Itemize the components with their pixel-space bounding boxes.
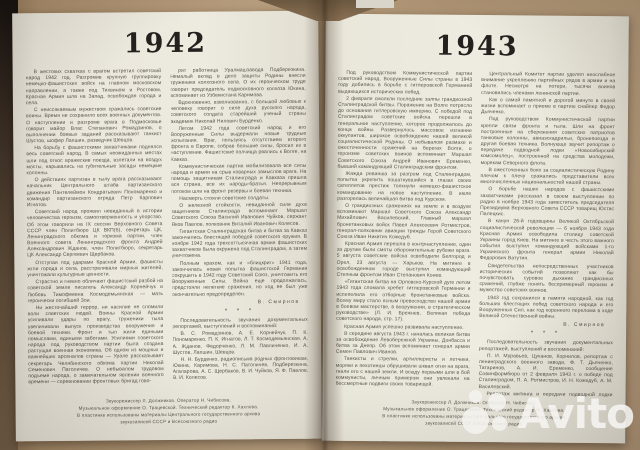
paragraph: На борьбу с фашистскими захватчиками под… bbox=[26, 144, 162, 176]
paragraph: В жестоких схватках с врагом встретил со… bbox=[26, 68, 162, 106]
sequence-paragraph: Последовательность звучания документальн… bbox=[479, 339, 613, 353]
sequence-paragraph: В. С. Ромадзинов, А. Е. Корнейчук, П. К.… bbox=[172, 330, 308, 356]
paragraph: Коммунистическая партия мобилизовала все… bbox=[171, 163, 307, 195]
paragraph: В канун 26-й годовщины Великой Октябрьск… bbox=[480, 218, 614, 262]
paragraph: В середине августа 1943 г. началась вели… bbox=[336, 330, 470, 356]
paper-edge-tab bbox=[356, 0, 394, 8]
paragraph: Красная Армия перешла в контрнаступление… bbox=[337, 241, 471, 279]
photo-of-record-sleeve: 1942 В жестоких схватках с врагом встрет… bbox=[0, 0, 640, 450]
paragraph: Страстно и гневно обличают фашистский ра… bbox=[27, 278, 163, 304]
paragraph: Насмерть стояли советские солдаты. bbox=[171, 195, 307, 202]
avito-logo-icon bbox=[462, 390, 512, 438]
page-title-1942: 1942 bbox=[12, 27, 318, 61]
page-1942: 1942 В жестоких схватках с врагом встрет… bbox=[12, 11, 322, 442]
column-1: Под руководством Коммунистической партии… bbox=[336, 70, 473, 397]
paragraph: Под руководством Коммунистической партии… bbox=[338, 70, 472, 96]
asterisk-separator: * * * bbox=[172, 308, 308, 315]
paragraph: рит работница Уралмашзавода Подберезкина… bbox=[170, 67, 306, 99]
asterisk-separator: * * * bbox=[479, 330, 613, 337]
paragraph: Центральный Комитет партии уделял неосла… bbox=[481, 71, 615, 97]
paragraph: Свидетельства непосредственных участнико… bbox=[479, 263, 613, 295]
credit-line: звукозаписей СССР и Всесоюзного радио bbox=[26, 418, 312, 427]
avito-circle-bottom-icon bbox=[492, 416, 507, 431]
paragraph: Танкисты и стрелки, артиллеристы и летчи… bbox=[336, 356, 470, 388]
column-1: В жестоких схватках с врагом встретил со… bbox=[26, 68, 164, 396]
paragraph: Как о самой памятной и дорогой минуте в … bbox=[481, 97, 615, 117]
text-columns-1942: В жестоких схватках с врагом встретил со… bbox=[13, 67, 322, 396]
paragraph: С неиссякаемым мужеством сражались совет… bbox=[26, 106, 162, 144]
sequence-paragraph: П. И. Муравьев, Цуканов, Корнилов, репор… bbox=[479, 353, 613, 391]
paragraph: Отступая под ударами Красной Армии, фаши… bbox=[27, 259, 163, 279]
avito-circle-medium-icon bbox=[488, 393, 506, 411]
paragraph: Вдохновенно, взволнованно, с большой люб… bbox=[170, 99, 306, 125]
column-2: Центральный Комитет партии уделял неосла… bbox=[479, 71, 616, 398]
paragraph: Полным крахом, как и «блицкриг» 1941 год… bbox=[172, 259, 308, 297]
author-signature: В. Смирнов bbox=[172, 299, 308, 306]
avito-circle-small-icon bbox=[469, 390, 482, 403]
paragraph: Ни жесточайший террор, ни насилие не сло… bbox=[28, 304, 164, 386]
avito-watermark: Avito bbox=[462, 390, 634, 438]
paragraph: Красная Армия успешно развивала наступле… bbox=[336, 323, 470, 330]
credits-1942: Звукорежиссер Л. Должников. Оператор Н. … bbox=[15, 393, 321, 441]
track-sequence: Последовательность звучания документальн… bbox=[172, 317, 308, 382]
paragraph: О железной стойкости, невиданной силе ду… bbox=[171, 202, 307, 228]
paragraph: 1943 год сохранился в памяти народной, к… bbox=[479, 295, 613, 321]
author-signature: В. Смирнов bbox=[479, 321, 613, 328]
page-title-1943: 1943 bbox=[325, 30, 628, 64]
sequence-paragraph: Н. Н. Бурденко, радиописьма родных фронт… bbox=[173, 356, 309, 382]
column-2-paragraphs: рит работница Уралмашзавода Подберезкина… bbox=[170, 67, 307, 298]
paragraph: О грандиозных сражениях на земле и в воз… bbox=[337, 203, 471, 241]
paragraph: О действиях партизан в тылу врага расска… bbox=[27, 176, 163, 208]
paragraph: 2 февраля смолкли последние залпы гранди… bbox=[338, 96, 473, 171]
avito-circle-large-icon bbox=[462, 407, 489, 434]
paragraph: Под руководством Коммунистической партии… bbox=[481, 116, 615, 167]
sequence-paragraph: Последовательность звучания документальн… bbox=[172, 317, 308, 331]
paragraph: В ожесточенных боях за социалистическую … bbox=[480, 167, 614, 187]
column-2-paragraphs: Центральный Комитет партии уделял неосла… bbox=[479, 71, 615, 320]
paragraph: «Гигантская битва на Орловско-Курской ду… bbox=[336, 279, 470, 323]
paragraph: Гигантская Сталинградская битва и битва … bbox=[172, 227, 308, 259]
paragraph: Летом 1942 года советский народ и его Во… bbox=[171, 124, 307, 162]
avito-watermark-text: Avito bbox=[517, 393, 634, 435]
paragraph: Советский народ проявил невиданный в ист… bbox=[27, 208, 163, 259]
paragraph: О борьбе наших народов с фашистскими зах… bbox=[480, 186, 614, 218]
text-columns-1943: Под руководством Коммунистической партии… bbox=[323, 70, 629, 398]
column-2: рит работница Уралмашзавода Подберезкина… bbox=[170, 67, 308, 395]
paragraph: Жажда реванша за разгром под Сталинградо… bbox=[337, 171, 471, 203]
page-1943: 1943 Под руководством Коммунистической п… bbox=[322, 14, 629, 444]
